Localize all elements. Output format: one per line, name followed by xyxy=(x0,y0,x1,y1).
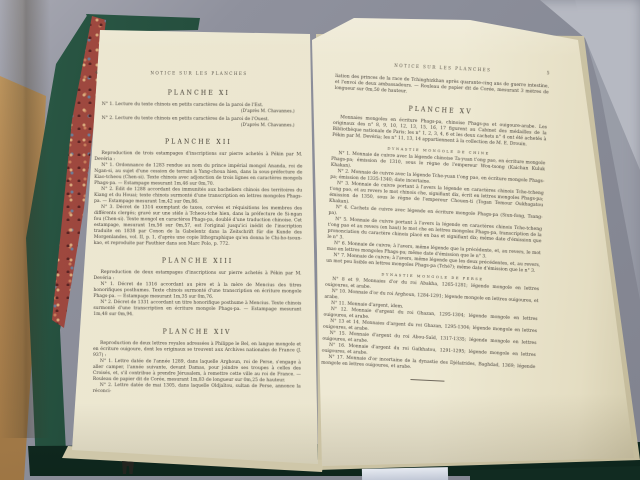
plate-intro: Monnaies mongoles en écriture Phags-pa, … xyxy=(332,115,547,149)
label-sticker xyxy=(362,467,448,480)
catalog-entry: N° 1. Ordonnance de 1283 rendue au nom d… xyxy=(94,163,302,188)
right-page-number: 5 xyxy=(533,71,549,77)
catalog-entry: N° 1. Décret de 1316 accordant au père e… xyxy=(93,282,301,301)
plate-xiii-heading: PLANCHE XIII xyxy=(94,257,302,265)
catalog-entry: N° 1. Lettre datée de l'année 1289, dans… xyxy=(93,359,301,384)
plate-xiv-heading: PLANCHE XIV xyxy=(93,328,301,336)
catalog-entry: N° 2. Décret de 1331 accordant un titre … xyxy=(93,300,301,319)
catalog-entry: N° 2. Édit de 1288 accordant des immunit… xyxy=(94,187,302,206)
left-page-number: 4 xyxy=(95,71,111,76)
plate-xii-heading: PLANCHE XII xyxy=(94,138,302,146)
continuation-paragraph: liation des princes de la race de Tching… xyxy=(334,74,549,102)
catalog-entry: N° 3. Décret de 1314 exemptant de taxes,… xyxy=(94,205,302,248)
left-running-title: NOTICE SUR LES PLANCHES xyxy=(111,70,287,76)
plate-xi-heading: PLANCHE XI xyxy=(95,89,303,97)
credit-line: (D'après M. Chavannes.) xyxy=(95,108,303,115)
book-gutter-shadow xyxy=(0,0,50,438)
credit-line: (D'après M. Chavannes.) xyxy=(95,122,303,129)
catalog-entry: N° 2. Lettre datée de mai 1305, dans laq… xyxy=(93,383,301,396)
left-page-text: 4 NOTICE SUR LES PLANCHES PLANCHE XI N° … xyxy=(93,70,303,396)
right-page-text: NOTICE SUR LES PLANCHES 5 liation des pr… xyxy=(321,60,550,386)
plate-intro: Reproduction de deux lettres royales adr… xyxy=(93,341,301,360)
left-running-header: 4 NOTICE SUR LES PLANCHES xyxy=(95,70,303,77)
photo-of-open-book: 4 NOTICE SUR LES PLANCHES PLANCHE XI N° … xyxy=(0,0,640,480)
